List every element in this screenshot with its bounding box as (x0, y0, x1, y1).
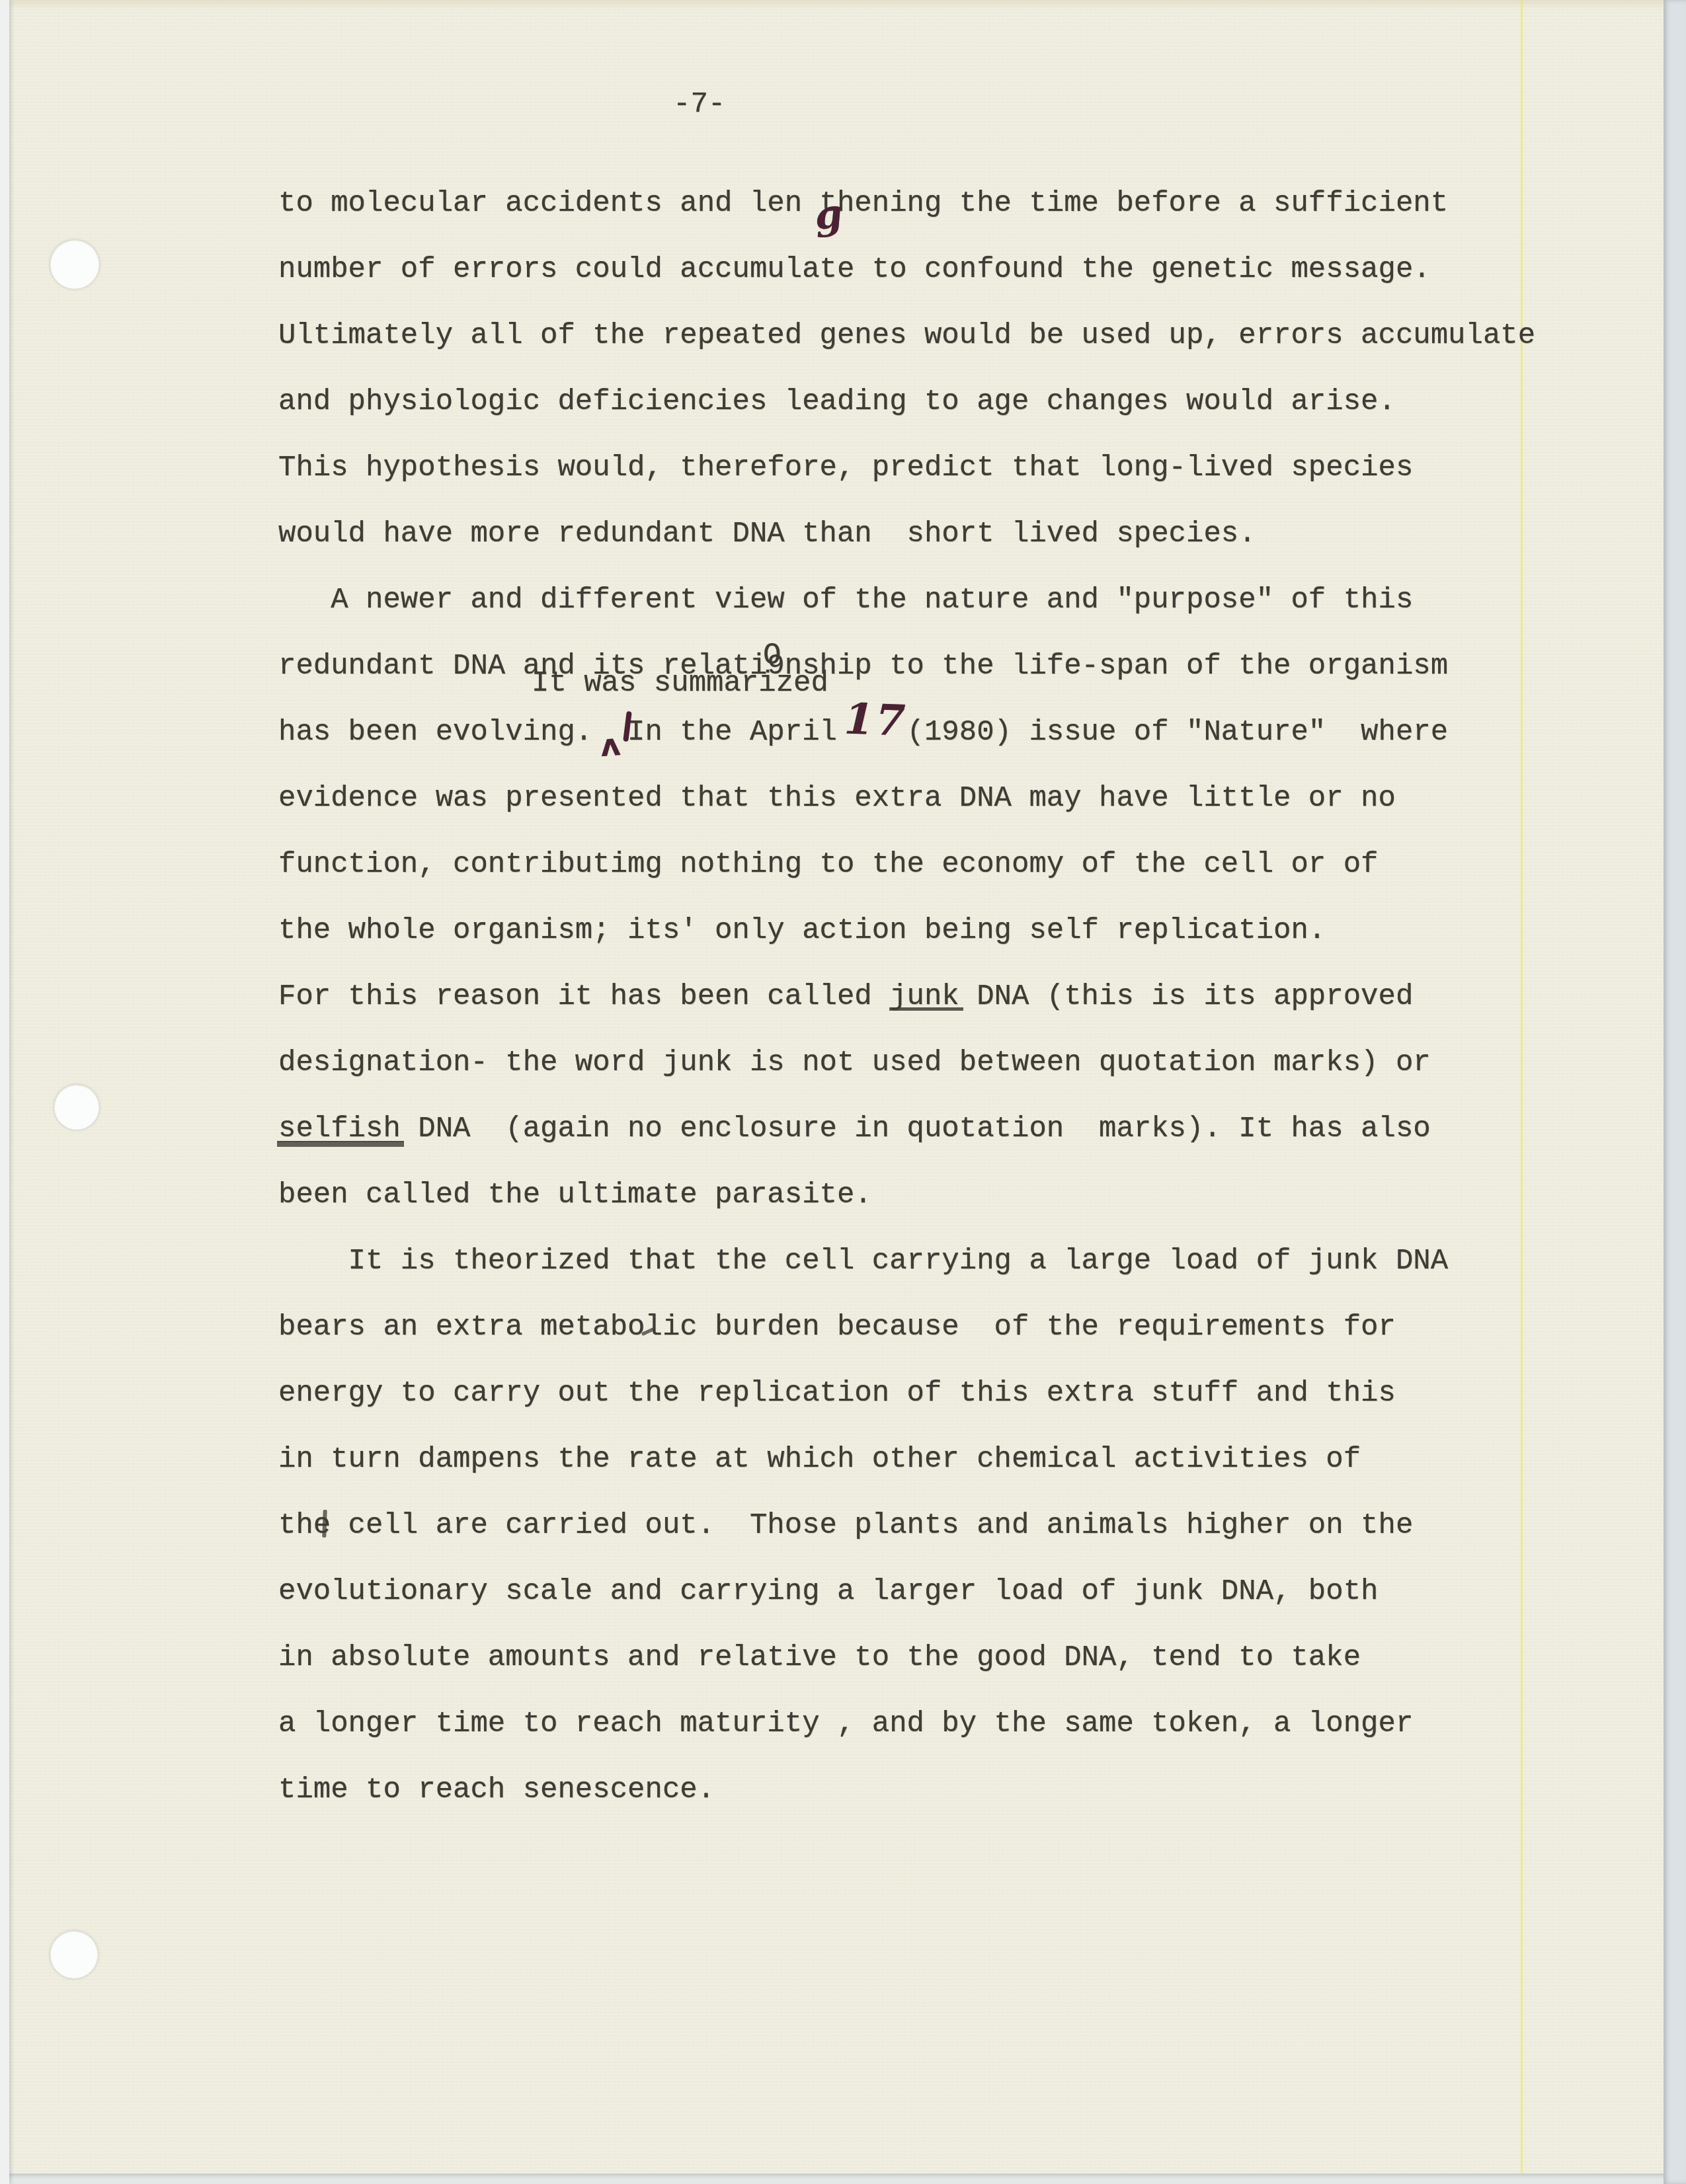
typed-line: selfish DNA (again no enclosure in quota… (278, 1111, 1431, 1148)
typed-line: number of errors could accumulate to con… (278, 251, 1431, 288)
punch-hole-middle (54, 1085, 99, 1130)
typed-line: the whole organism; its' only action bei… (278, 912, 1326, 949)
typed-line: to molecular accidents and len thening t… (278, 185, 1448, 222)
handwritten-g-correction: g (812, 190, 844, 239)
punch-hole-bottom (50, 1931, 98, 1978)
typed-line: This hypothesis would, therefore, predic… (278, 449, 1413, 487)
typed-line: bears an extra metabolic burden because … (278, 1309, 1396, 1346)
typed-line: in absolute amounts and relative to the … (278, 1639, 1361, 1676)
typed-line: It is theorized that the cell carrying a… (278, 1243, 1448, 1280)
overtyped-letter-o: O (763, 639, 782, 673)
handwritten-date-correction: 17 (844, 694, 908, 746)
typed-line: Ultimately all of the repeated genes wou… (278, 317, 1535, 354)
typed-line: evidence was presented that this extra D… (278, 780, 1396, 817)
typed-line: evolutionary scale and carrying a larger… (278, 1573, 1378, 1610)
page-number: -7- (673, 86, 725, 123)
typed-line: and physiologic deficiencies leading to … (278, 383, 1396, 420)
underline-junk (889, 1007, 963, 1011)
typed-insertion-line: It was summarized (532, 665, 828, 702)
typed-line: a longer time to reach maturity , and by… (278, 1705, 1413, 1742)
typed-line: A newer and different view of the nature… (278, 582, 1413, 619)
underline-selfish (277, 1141, 404, 1147)
typed-line: in turn dampens the rate at which other … (278, 1441, 1361, 1478)
scanner-background-bottom (0, 2173, 1686, 2184)
typed-line: would have more redundant DNA than short… (278, 516, 1256, 553)
typed-line: been called the ultimate parasite. (278, 1177, 872, 1214)
scanned-document: { "page": { "number_label": "-7-", "pape… (0, 0, 1686, 2184)
typed-line: energy to carry out the replication of t… (278, 1375, 1396, 1412)
document-page: -7- to molecular accidents and len theni… (0, 0, 1664, 2173)
handwritten-caret: ʌ (599, 726, 622, 763)
typed-line: For this reason it has been called junk … (278, 978, 1413, 1015)
scan-left-edge (0, 0, 9, 2184)
typed-line: the cell are carried out. Those plants a… (278, 1507, 1413, 1544)
punch-hole-top (50, 240, 99, 289)
typed-line: function, contributimg nothing to the ec… (278, 846, 1378, 883)
scanner-background-right (1664, 0, 1686, 2184)
typed-line: designation- the word junk is not used b… (278, 1044, 1431, 1081)
typed-line: redundant DNA and its relati9nship to th… (278, 648, 1448, 685)
typed-line: time to reach senescence. (278, 1772, 715, 1809)
